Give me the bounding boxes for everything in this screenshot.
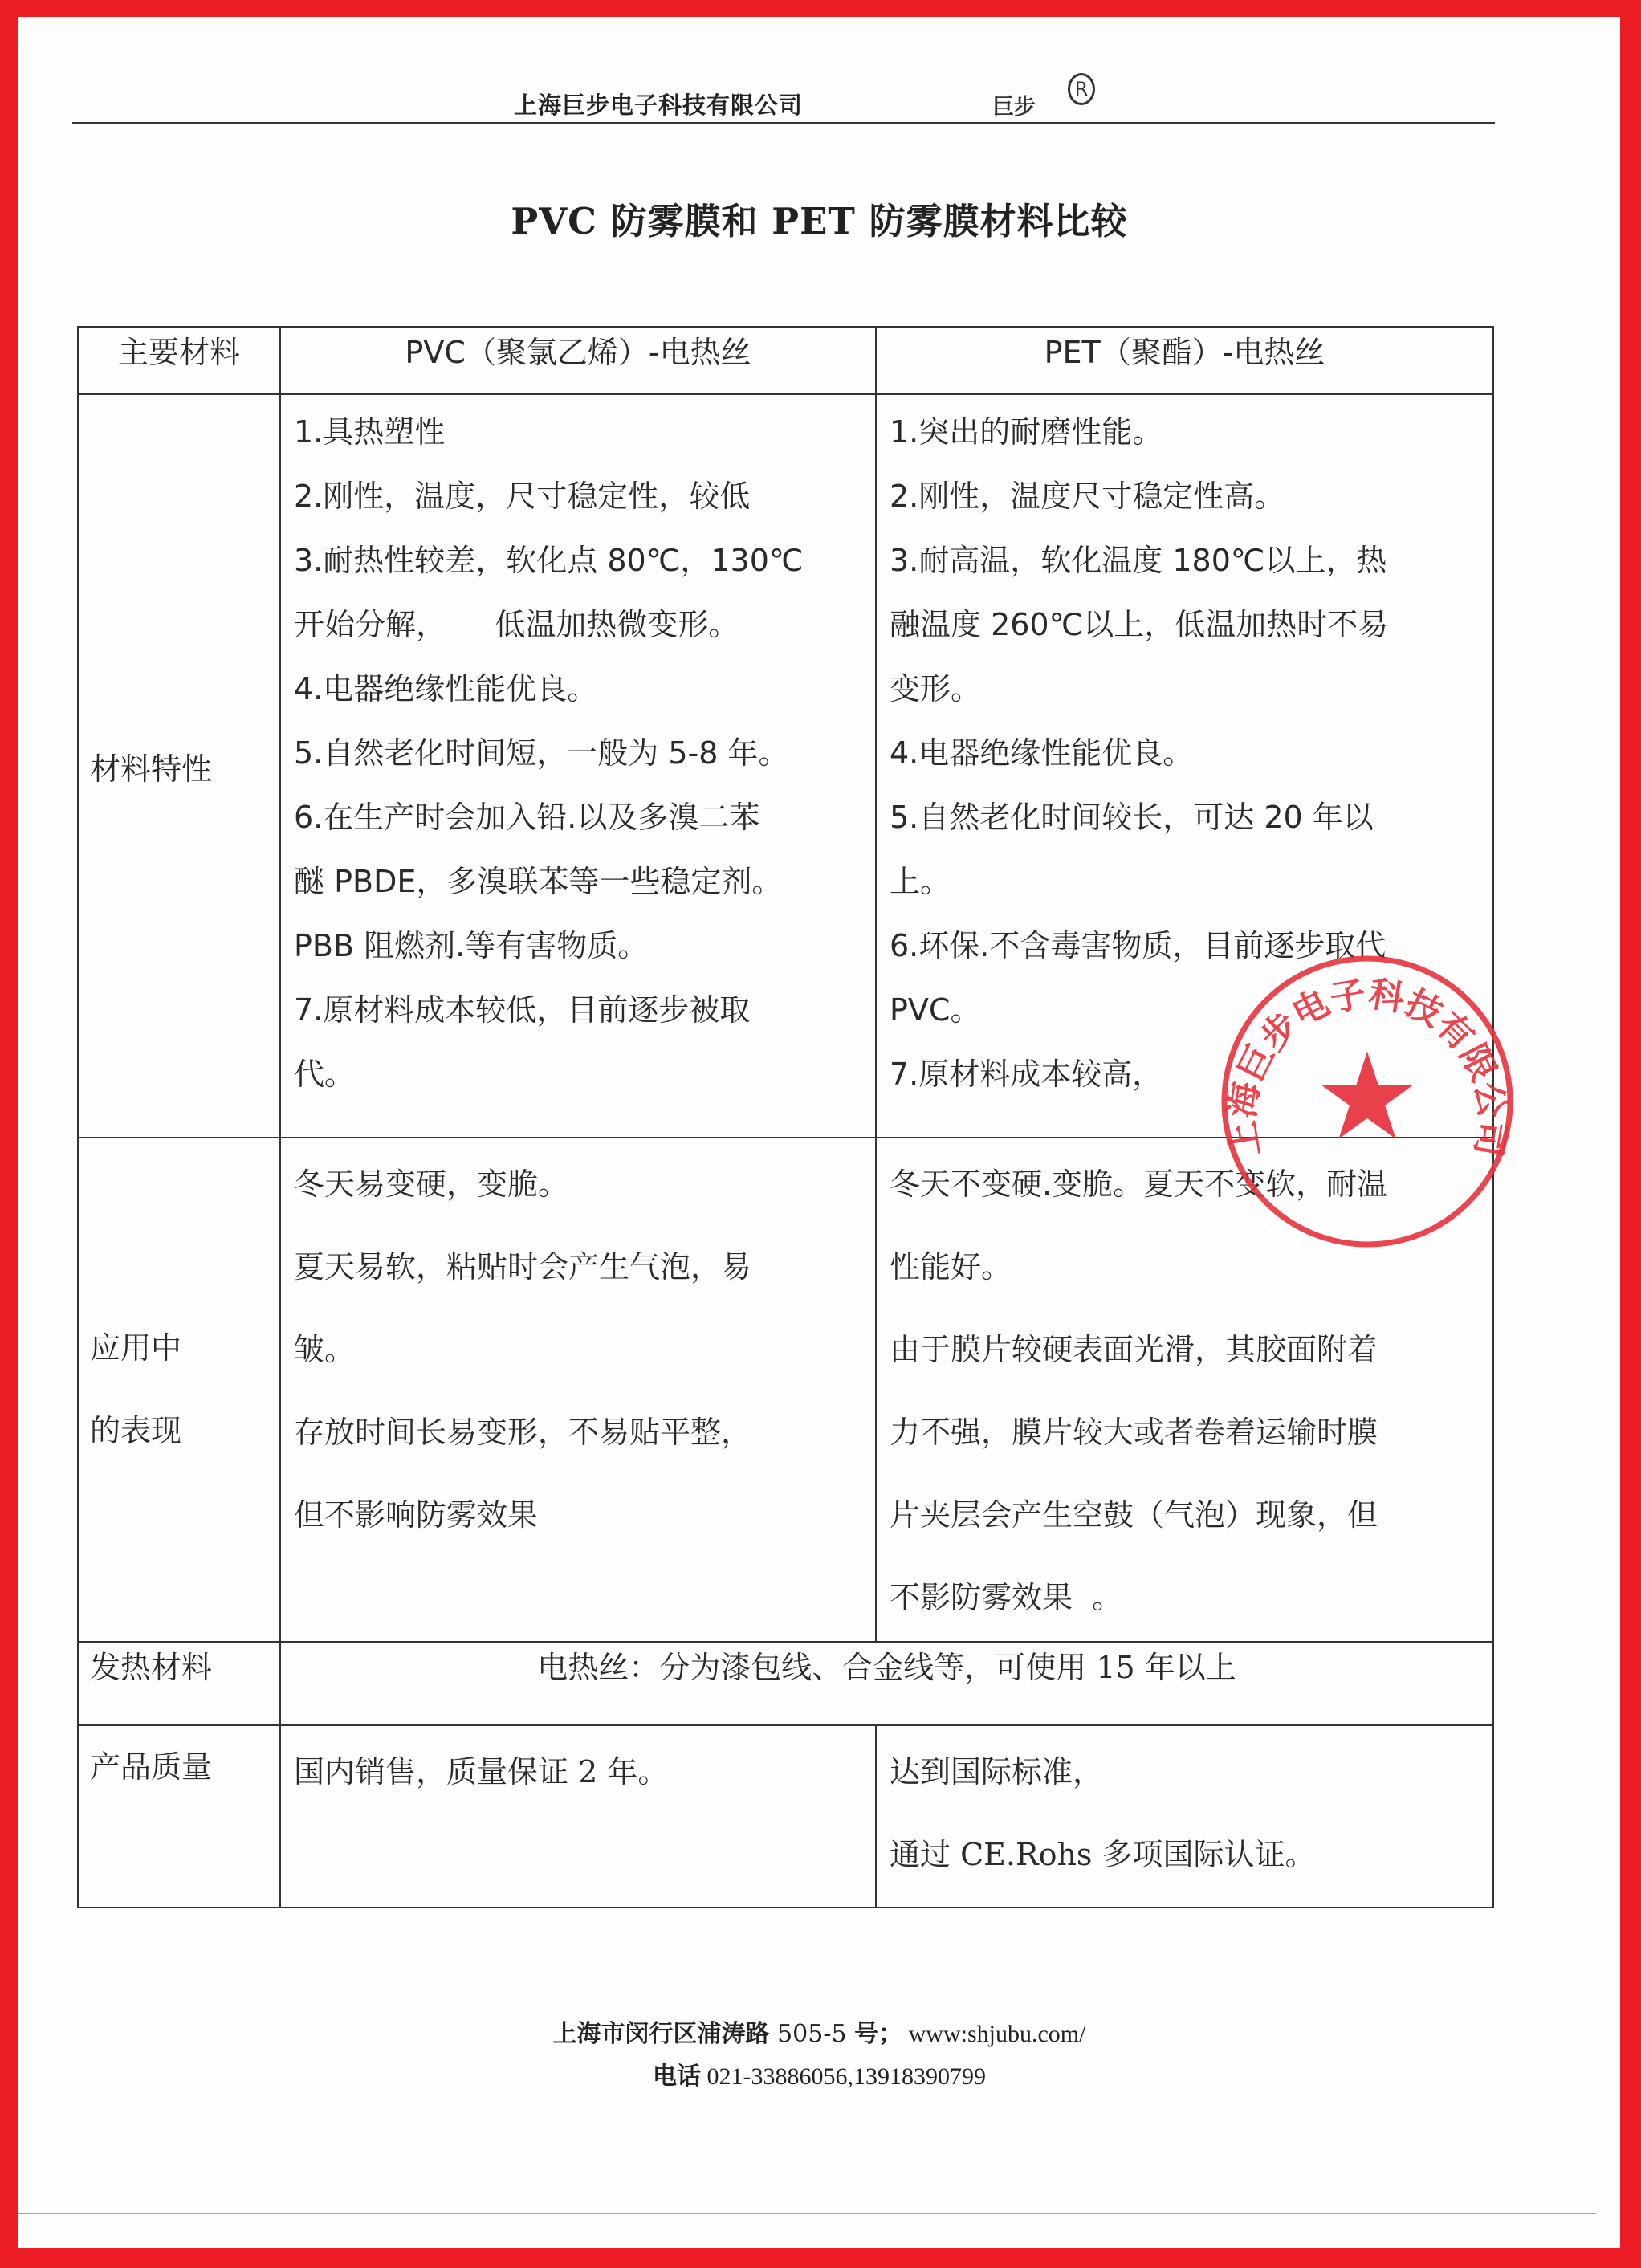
document-title: PVC 防雾膜和 PET 防雾膜材料比较 xyxy=(18,192,1620,244)
scan-edge-line xyxy=(18,2213,1596,2214)
text-line: 7.原材料成本较高， xyxy=(890,1042,1483,1106)
text-line: 夏天易软，粘贴时会产生气泡，易 xyxy=(294,1226,865,1309)
address-number: 505-5 xyxy=(770,2020,855,2048)
company-name: 上海巨步电子科技有限公司 xyxy=(514,88,803,120)
text-line: 开始分解， 低温加热微变形。 xyxy=(294,592,865,657)
website-link[interactable]: www:shjubu.com/ xyxy=(902,2021,1085,2047)
phone-label: 电话 xyxy=(653,2062,701,2091)
comparison-table: 主要材料 PVC（聚氯乙烯）-电热丝 PET（聚酯）-电热丝 材料特性 1.具热… xyxy=(77,326,1494,1908)
pet-quality-cell: 达到国际标准， 通过 CE.Rohs 多项国际认证。 xyxy=(876,1725,1493,1908)
footer-address: 上海市闵行区浦涛路 505-5 号； www:shjubu.com/ xyxy=(18,2014,1620,2049)
row-label-heating-material: 发热材料 xyxy=(78,1642,280,1725)
text-line: 不影防雾效果 。 xyxy=(890,1557,1483,1639)
text-line: 变形。 xyxy=(890,657,1483,721)
text-line: 但不影响防雾效果 xyxy=(294,1474,865,1557)
pvc-quality-cell: 国内销售，质量保证 2 年。 xyxy=(280,1725,876,1908)
text-line: 性能好。 xyxy=(890,1226,1483,1309)
table-header-row: 主要材料 PVC（聚氯乙烯）-电热丝 PET（聚酯）-电热丝 xyxy=(78,327,1493,394)
pet-application-cell: 冬天不变硬.变脆。夏天不变软，耐温 性能好。 由于膜片较硬表面光滑，其胶面附着 … xyxy=(876,1138,1493,1642)
label-line: 应用中 xyxy=(90,1307,279,1390)
row-label-application: 应用中 的表现 xyxy=(78,1138,280,1642)
text-line: PBB 阻燃剂.等有害物质。 xyxy=(294,914,865,978)
text-line: 冬天不变硬.变脆。夏天不变软，耐温 xyxy=(890,1143,1483,1226)
address-text: 上海市闵行区浦涛路 xyxy=(553,2020,770,2048)
table-row-application: 应用中 的表现 冬天易变硬，变脆。 夏天易软，粘贴时会产生气泡，易 皱。 存放时… xyxy=(78,1138,1493,1642)
text-line: 4.电器绝缘性能优良。 xyxy=(890,721,1483,785)
label-line: 的表现 xyxy=(90,1390,279,1472)
row-label-properties: 材料特性 xyxy=(78,394,280,1138)
heating-material-value: 电热丝：分为漆包线、合金线等，可使用 15 年以上 xyxy=(280,1642,1493,1725)
text-line: 1.突出的耐磨性能。 xyxy=(890,400,1483,464)
text-line: 代。 xyxy=(294,1042,865,1106)
text-line: 3.耐热性较差，软化点 80℃，130℃ xyxy=(294,528,865,592)
text-line: 5.自然老化时间短，一般为 5-8 年。 xyxy=(294,721,865,785)
table-row-quality: 产品质量 国内销售，质量保证 2 年。 达到国际标准， 通过 CE.Rohs 多… xyxy=(78,1725,1493,1908)
table-row-heating-material: 发热材料 电热丝：分为漆包线、合金线等，可使用 15 年以上 xyxy=(78,1642,1493,1725)
text-line: 醚 PBDE，多溴联苯等一些稳定剂。 xyxy=(294,849,865,914)
text-line: 力不强，膜片较大或者卷着运输时膜 xyxy=(890,1391,1483,1474)
text-line: 3.耐高温，软化温度 180℃以上，热 xyxy=(890,528,1483,592)
text-line: 由于膜片较硬表面光滑，其胶面附着 xyxy=(890,1309,1483,1391)
text-line: 通过 CE.Rohs 多项国际认证。 xyxy=(890,1814,1483,1896)
text-line: 4.电器绝缘性能优良。 xyxy=(294,657,865,721)
text-line: 皱。 xyxy=(294,1309,865,1391)
footer-phone: 电话 021-33886056,13918390799 xyxy=(18,2056,1620,2091)
text-line: 2.刚性，温度，尺寸稳定性，较低 xyxy=(294,464,865,528)
phone-numbers: 021-33886056,13918390799 xyxy=(701,2063,986,2090)
document-page: 上海巨步电子科技有限公司 巨步 R PVC 防雾膜和 PET 防雾膜材料比较 主… xyxy=(18,17,1620,2248)
text-line: 6.环保.不含毒害物质，目前逐步取代 xyxy=(890,914,1483,978)
text-line: 达到国际标准， xyxy=(890,1731,1483,1814)
text-line: 国内销售，质量保证 2 年。 xyxy=(294,1731,865,1814)
pvc-properties-cell: 1.具热塑性 2.刚性，温度，尺寸稳定性，较低 3.耐热性较差，软化点 80℃，… xyxy=(280,394,876,1138)
address-suffix: 号； xyxy=(854,2020,902,2048)
text-line: 5.自然老化时间较长，可达 20 年以 xyxy=(890,785,1483,849)
text-line: 融温度 260℃以上，低温加热时不易 xyxy=(890,592,1483,657)
row-label-quality: 产品质量 xyxy=(78,1725,280,1908)
header-divider xyxy=(72,122,1495,124)
header-cell-pet: PET（聚酯）-电热丝 xyxy=(876,327,1493,394)
table-row-properties: 材料特性 1.具热塑性 2.刚性，温度，尺寸稳定性，较低 3.耐热性较差，软化点… xyxy=(78,394,1493,1138)
pet-properties-cell: 1.突出的耐磨性能。 2.刚性，温度尺寸稳定性高。 3.耐高温，软化温度 180… xyxy=(876,394,1493,1138)
letterhead: 上海巨步电子科技有限公司 巨步 R xyxy=(18,17,1620,145)
text-line: 2.刚性，温度尺寸稳定性高。 xyxy=(890,464,1483,528)
text-line: 上。 xyxy=(890,849,1483,914)
header-cell-material: 主要材料 xyxy=(78,327,280,394)
text-line: 6.在生产时会加入铅.以及多溴二苯 xyxy=(294,785,865,849)
pvc-application-cell: 冬天易变硬，变脆。 夏天易软，粘贴时会产生气泡，易 皱。 存放时间长易变形，不易… xyxy=(280,1138,876,1642)
text-line: 存放时间长易变形，不易贴平整， xyxy=(294,1391,865,1474)
text-line: 1.具热塑性 xyxy=(294,400,865,464)
registered-trademark-icon: R xyxy=(1068,73,1095,105)
text-line: 片夹层会产生空鼓（气泡）现象，但 xyxy=(890,1474,1483,1557)
text-line: 7.原材料成本较低，目前逐步被取 xyxy=(294,978,865,1042)
brand-name: 巨步 xyxy=(992,89,1036,120)
text-line: PVC。 xyxy=(890,978,1483,1042)
text-line: 冬天易变硬，变脆。 xyxy=(294,1143,865,1226)
header-cell-pvc: PVC（聚氯乙烯）-电热丝 xyxy=(280,327,876,394)
